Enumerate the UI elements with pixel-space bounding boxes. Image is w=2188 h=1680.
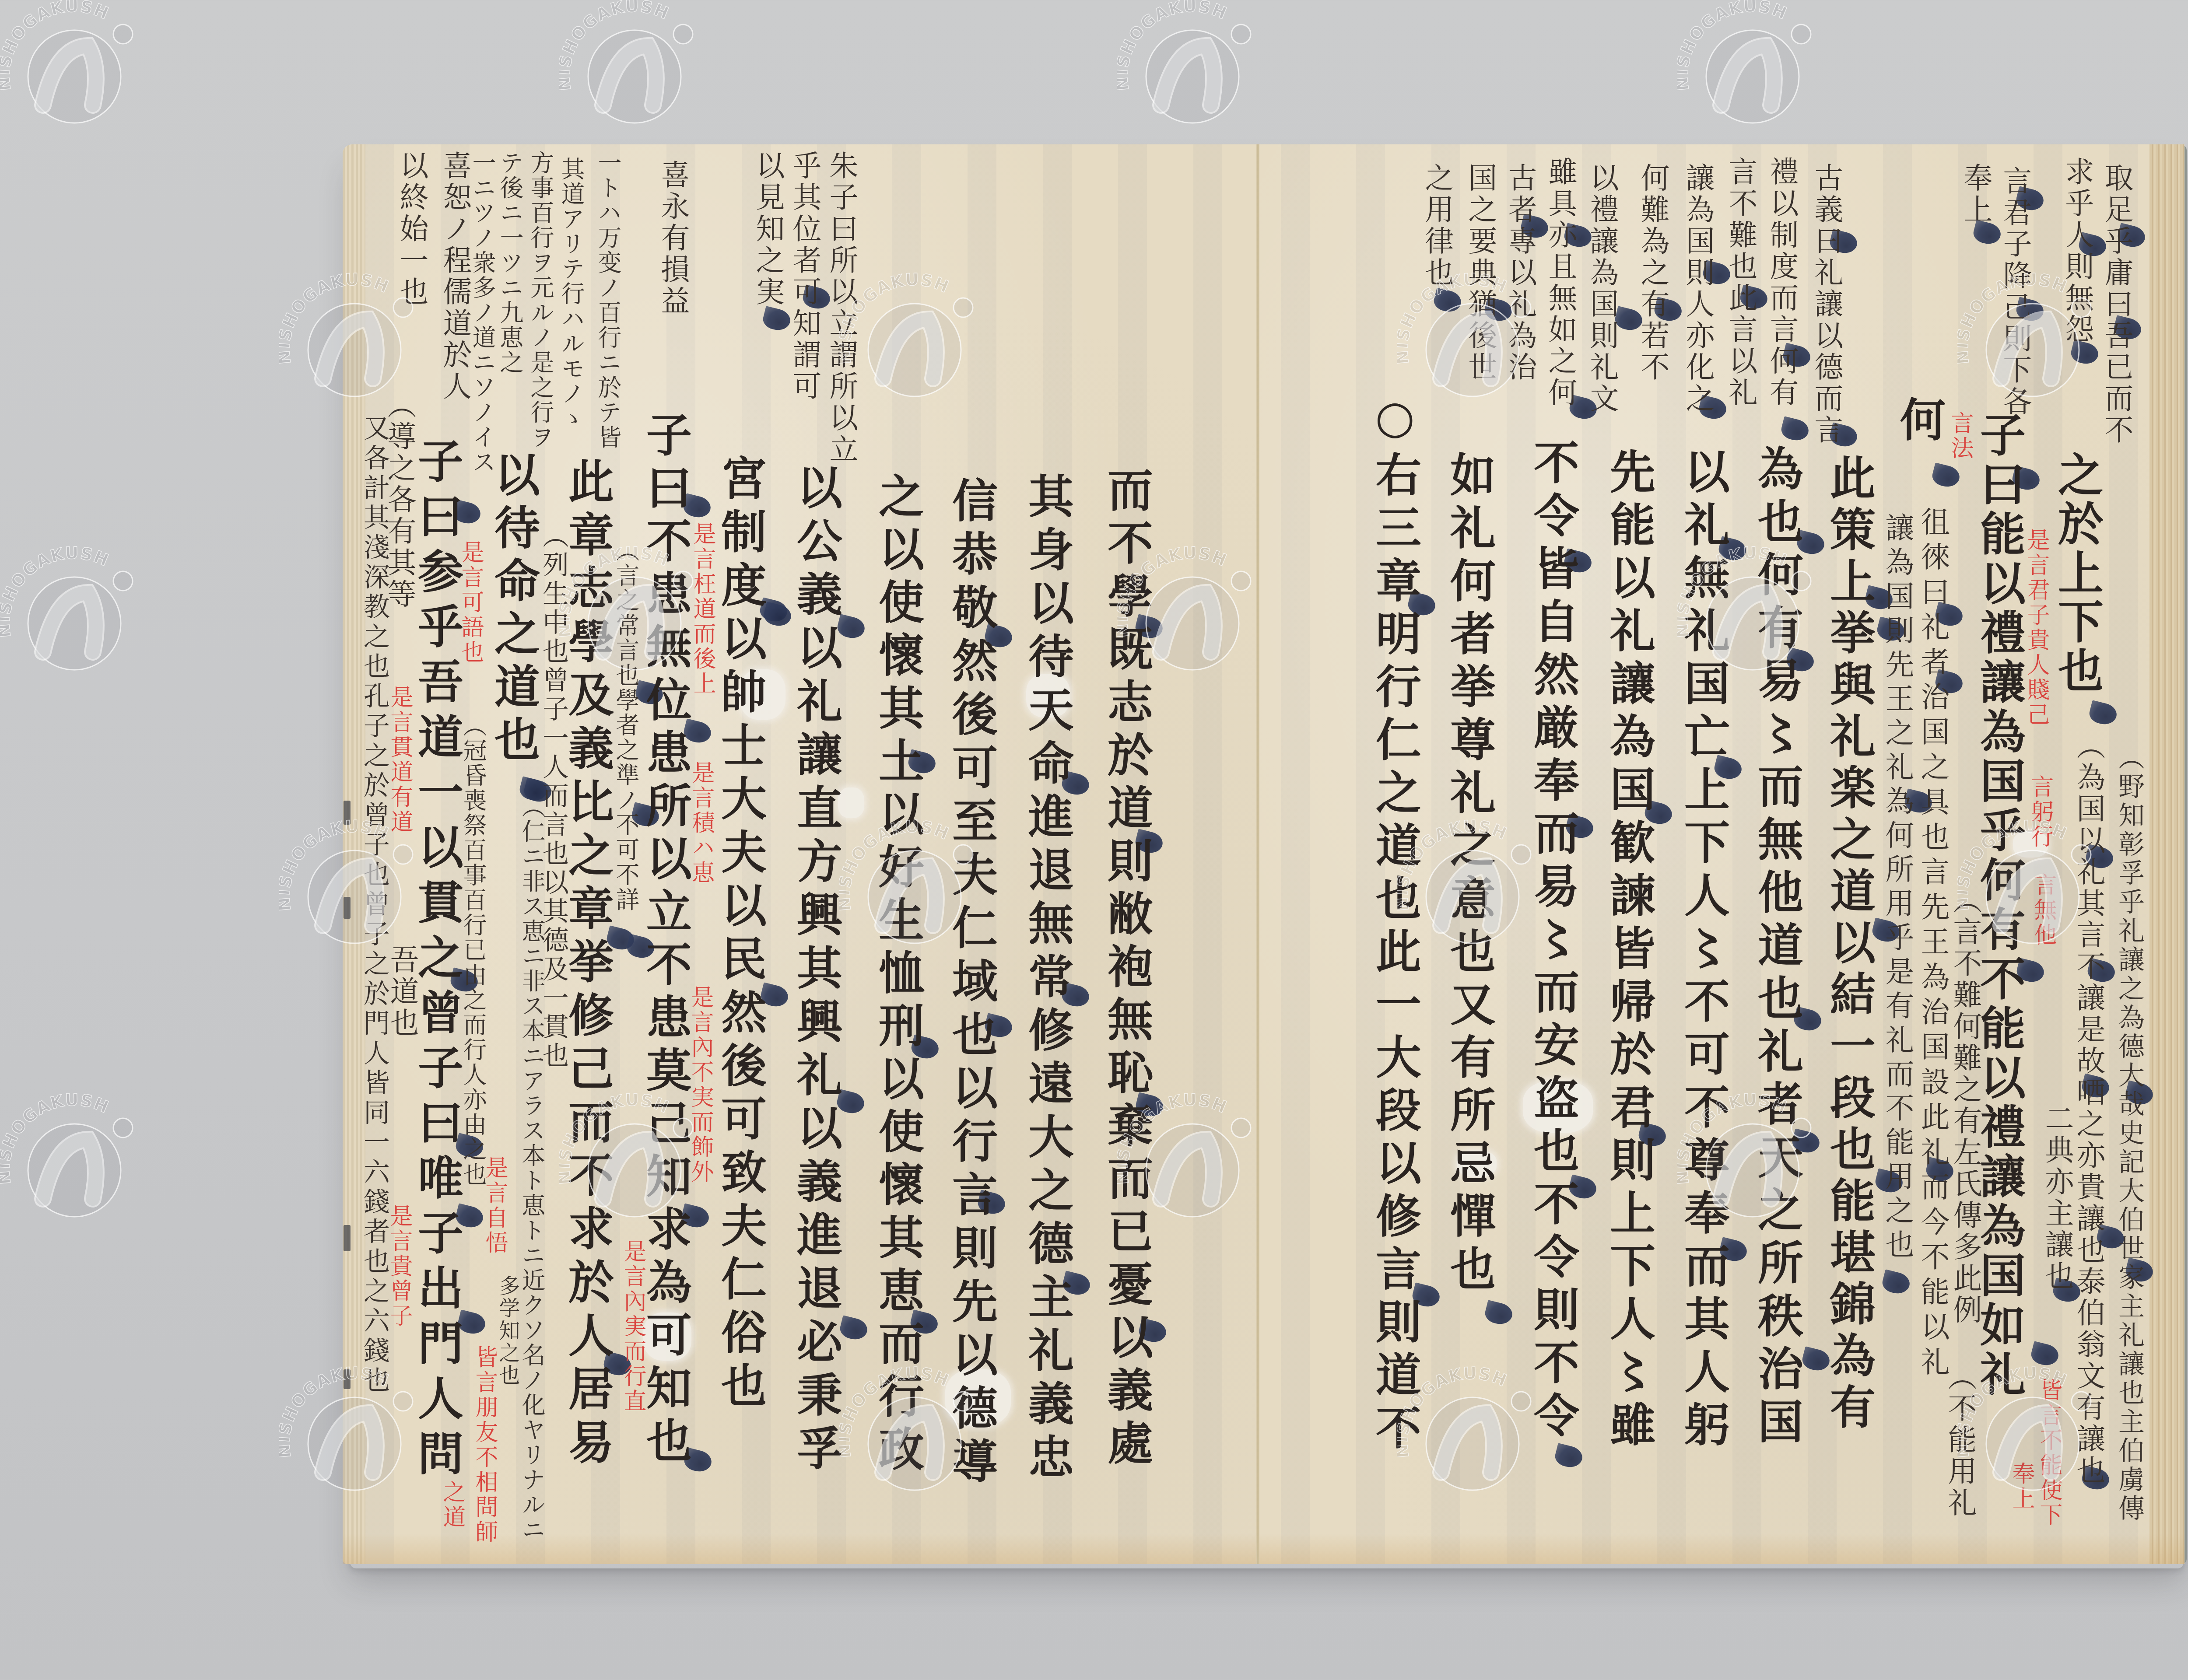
header-note-column: 国之要典猶後世: [1466, 163, 1494, 383]
commentary-column: 吾道也: [387, 945, 416, 1039]
red-annotation: 奉上: [2010, 1462, 2033, 1512]
commentary-column: 徂徠曰礼者治国之具也言先王為治国設此礼而今不能以礼: [1918, 507, 1947, 1382]
commentary-column: （導之各有其等: [385, 390, 414, 610]
header-note-column: 以禮讓為国則礼文: [1587, 163, 1616, 415]
main-text-column: 子曰能以禮讓為国乎何有不能以禮讓為国如礼: [1976, 411, 2022, 1400]
main-text-column: 以礼無礼国亡上下人〻不可不尊奉而其人躬: [1680, 448, 1726, 1454]
red-annotation: 是言內実而行直: [621, 1239, 644, 1414]
red-annotation: 是言可語也: [459, 540, 482, 665]
main-text-column: 子曰不患無位患所以立不患莫己知求為可知也: [642, 411, 688, 1470]
header-note-column: 何難為之有若不: [1638, 163, 1667, 383]
binding-stitch: [344, 801, 351, 825]
main-text-column: 宮制度以帥士大夫以民然後可致夫仁俗也: [717, 455, 763, 1415]
main-text-column: 之於上下也: [2054, 451, 2100, 696]
commentary-column: （野知彰孚乎礼讓之為德大哉史記大伯世家主礼讓也主伯虜傳: [2116, 744, 2142, 1523]
header-note-column: 取足乎庸曰吾已而不: [2102, 163, 2131, 446]
commentary-column: 讓為国則先王之礼為何所用乎是有礼而不能用之也: [1883, 513, 1911, 1263]
red-annotation: 是言自悟: [483, 1156, 506, 1256]
main-text-column: 不令皆自然厳奉而易〻而安盗也不令則不令: [1530, 439, 1575, 1445]
main-text-column: 此章志學及義比之章挙修己而不求於人居易: [565, 458, 610, 1472]
commentary-column: （冠昏喪祭百事百行已由之而行人亦由之也: [461, 713, 485, 1187]
red-annotation: 言躬行: [2029, 775, 2051, 850]
commentary-column: （言不難何難之有左氏傳多此例: [1950, 885, 1979, 1326]
header-note-column: 一ニツノ衆多ノ道ニソノイス: [470, 150, 494, 475]
red-annotation: 是言貴曾子: [388, 1204, 410, 1329]
header-note-column: 讓為国則人亦化之: [1683, 163, 1712, 415]
header-note-column: 方事百行ヲ元ルノ是之行ヲ: [529, 150, 552, 450]
main-text-column: 何: [1896, 396, 1942, 449]
page-bottom-edge: [1258, 1533, 2184, 1564]
commentary-column: （為国以礼其言不讓是故哂之亦貴讓也泰伯翁文有讓也: [2074, 731, 2103, 1487]
binding-stitch: [344, 1225, 351, 1251]
red-annotation: 之道: [441, 1480, 463, 1530]
red-annotation: 是言君子貴人賤己: [2025, 528, 2048, 728]
header-note-column: 以見知之実: [753, 150, 782, 308]
main-text-column: 而不學既志於道則敝袍無恥棄而已憂以義處: [1104, 466, 1149, 1472]
binding-stitch: [344, 1369, 351, 1389]
red-annotation: 是言內不実而飾外: [689, 985, 712, 1185]
commentary-column: 多学知之也: [497, 1275, 518, 1386]
red-annotation: 是言枉道而後上: [691, 522, 714, 696]
header-note-column: 言君子降己則下各: [2000, 166, 2029, 418]
header-note-column: 古者專以礼為治: [1505, 163, 1534, 383]
header-note-column: 朱子曰所以立謂所以立: [827, 150, 856, 465]
nishogakusha-watermark-logo-icon: [0, 0, 139, 129]
book-gutter: [1256, 144, 1259, 1564]
main-text-column: 如礼何者挙尊礼之意也又有所忌憚也: [1446, 451, 1492, 1298]
main-text-column: ○右三章明行仁之道也此一大段以修言則道不: [1372, 390, 1417, 1457]
red-annotation: 皆言朋友不相問師: [473, 1345, 496, 1545]
red-annotation: 是言積ハ恵: [690, 761, 712, 885]
main-text-column: 信恭敬然後可至夫仁域也以行言則先以德導: [948, 477, 994, 1491]
header-note-column: 言不難也此言以礼: [1726, 157, 1755, 409]
main-text-column: 此策上挙與礼楽之道以結一段也能堪錦為有: [1826, 454, 1872, 1435]
commentary-column: 二典亦主讓也: [2042, 1103, 2071, 1292]
nishogakusha-watermark-logo-icon: [1117, 0, 1257, 129]
red-annotation: 言法: [1949, 411, 1971, 461]
commentary-column: （列生中也曾子一人而言也以其德及一貫也: [540, 522, 567, 1071]
header-note-column: テ後ニ一ツニ九恵之: [498, 150, 522, 375]
main-text-column: 子曰参乎吾道一以貫之曾子曰唯子出門人問: [414, 437, 459, 1485]
header-note-column: 其道アリテ行ハルモノゝ: [559, 157, 583, 431]
header-note-column: 喜恕ノ程儒道於人: [440, 150, 469, 402]
main-text-column: 之以使懷其土以好生恤刑以使懷其恵而行政: [875, 472, 920, 1478]
header-note-column: 禮以制度而言何有: [1767, 157, 1796, 409]
red-annotation: 是言貫道有道: [388, 685, 411, 835]
header-note-column: 以終始一也: [397, 150, 426, 308]
header-note-column: 乎其位者可知謂可: [790, 150, 819, 402]
right-page-edge-stack: [2149, 144, 2184, 1564]
main-text-column: 以待命之道也: [491, 451, 536, 769]
nishogakusha-watermark-logo-icon: [0, 545, 139, 676]
red-annotation: 皆言不能使下: [2037, 1378, 2060, 1528]
header-note-column: 求乎人則無怨: [2062, 157, 2091, 346]
commentary-column: （不能用礼: [1945, 1361, 1974, 1519]
red-annotation: 言無他: [2032, 873, 2055, 948]
main-text-column: 為也何有易〻而無他道也礼者天之所秩治国: [1754, 445, 1799, 1451]
nishogakusha-watermark-logo-icon: [0, 1092, 139, 1223]
header-note-column: 雖具亦且無如之何: [1546, 157, 1574, 409]
header-note-column: 古義曰礼讓以德而言: [1812, 163, 1841, 446]
header-note-column: 之用律也: [1422, 163, 1451, 289]
header-note-column: 喜永有損益: [658, 160, 687, 317]
commentary-column: （言之常言也學者之準ノ不可不詳: [614, 538, 638, 912]
header-note-column: 一トハ万变ノ百行ニ於テ皆: [596, 150, 620, 450]
nishogakusha-watermark-logo-icon: [1677, 0, 1817, 129]
nishogakusha-watermark-logo-icon: [559, 0, 699, 129]
header-note-column: 奉上: [1961, 163, 1990, 226]
main-text-column: 先能以礼讓為国歓諫皆帰於君則上下人〻雖: [1606, 448, 1652, 1454]
main-text-column: 以公義以礼讓直方興其興礼以義進退必秉孚: [793, 464, 838, 1478]
main-text-column: 其身以待天命進退無常修遠大之德主礼義忠: [1024, 472, 1070, 1487]
binding-stitch: [344, 897, 351, 919]
